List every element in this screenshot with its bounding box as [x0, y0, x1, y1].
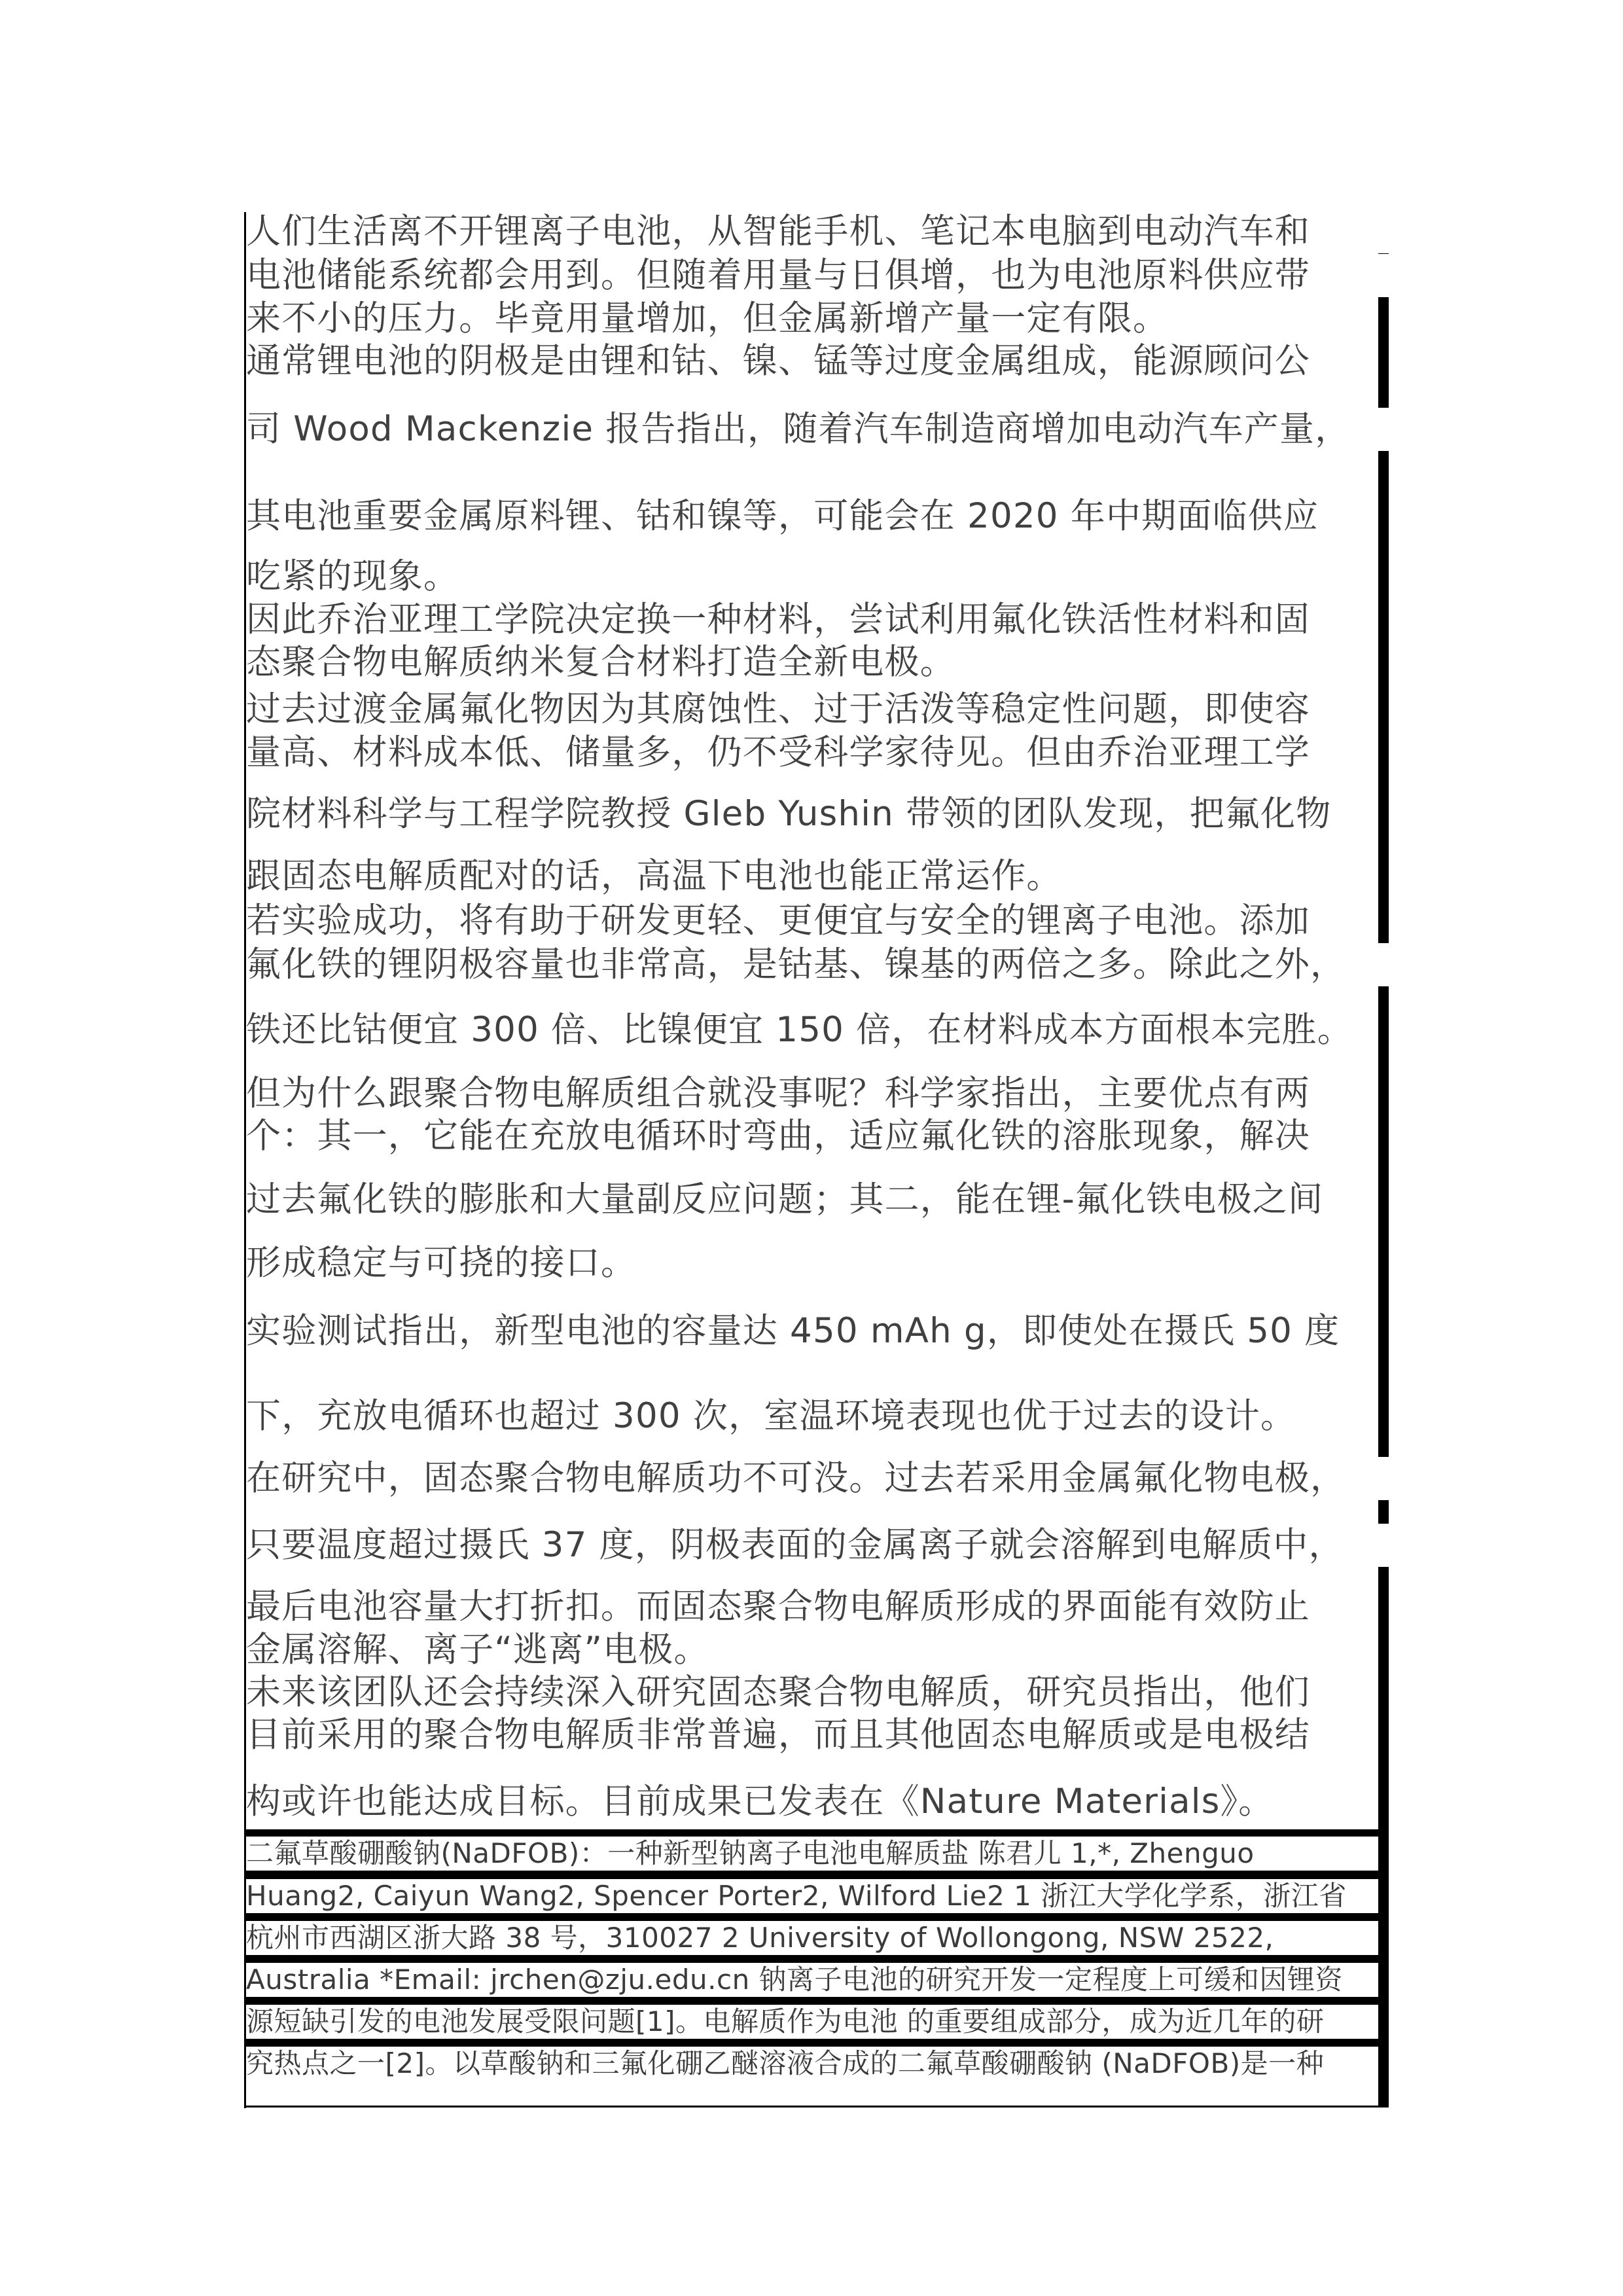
article-line: 过去氟化铁的膨胀和大量副反应问题；其二，能在锂-氟化铁电极之间: [246, 1178, 1323, 1221]
article-line: 未来该团队还会持续深入研究固态聚合物电解质，研究员指出，他们: [246, 1671, 1310, 1714]
paper-line: 杭州市西湖区浙大路 38 号，310027 2 University of Wo…: [246, 1921, 1378, 1955]
paper-line: Australia *Email: jrchen@zju.edu.cn 钠离子电…: [246, 1963, 1378, 1997]
paper-line: 二氟草酸硼酸钠(NaDFOB)：一种新型钠离子电池电解质盐 陈君儿 1,*, Z…: [246, 1837, 1378, 1871]
paper-line: 究热点之一[2]。以草酸钠和三氟化硼乙醚溶液合成的二氟草酸硼酸钠 (NaDFOB…: [246, 2047, 1378, 2106]
article-line: 铁还比钴便宜 300 倍、比镍便宜 150 倍，在材料成本方面根本完胜。: [246, 1009, 1353, 1052]
article-line: 若实验成功，将有助于研发更轻、更便宜与安全的锂离子电池。添加: [246, 899, 1310, 942]
article-line: 因此乔治亚理工学院决定换一种材料，尝试利用氟化铁活性材料和固: [246, 598, 1310, 641]
article-line: 来不小的压力。毕竟用量增加，但金属新增产量一定有限。: [246, 297, 1168, 340]
article-line: 目前采用的聚合物电解质非常普遍，而且其他固态电解质或是电极结: [246, 1713, 1310, 1757]
article-line: 下，充放电循环也超过 300 次，室温环境表现也优于过去的设计。: [246, 1395, 1296, 1438]
article-line: 司 Wood Mackenzie 报告指出，随着汽车制造商增加电动汽车产量，: [246, 408, 1399, 451]
article-line: 量高、材料成本低、储量多，仍不受科学家待见。但由乔治亚理工学: [246, 731, 1310, 774]
article-line: 其电池重要金属原料锂、钴和镍等，可能会在 2020 年中期面临供应: [246, 495, 1319, 538]
article-line: 在研究中，固态聚合物电解质功不可没。过去若采用金属氟化物电极，: [246, 1457, 1399, 1500]
article-line: 院材料科学与工程学院教授 Gleb Yushin 带领的团队发现，把氟化物: [246, 793, 1331, 836]
bottom-rule: [246, 2106, 1378, 2108]
article-line: 态聚合物电解质纳米复合材料打造全新电极。: [246, 641, 955, 684]
article-line: 氟化铁的锂阴极容量也非常高，是钴基、镍基的两倍之多。除此之外，: [246, 943, 1399, 986]
article-line: 过去过渡金属氟化物因为其腐蚀性、过于活泼等稳定性问题，即使容: [246, 688, 1310, 731]
article-line: 吃紧的现象。: [246, 555, 459, 598]
article-line: 最后电池容量大打折扣。而固态聚合物电解质形成的界面能有效防止: [246, 1585, 1310, 1628]
article-line: 只要温度超过摄氏 37 度，阴极表面的金属离子就会溶解到电解质中，: [246, 1524, 1395, 1567]
right-redaction-bar: [1378, 212, 1389, 2108]
article-line: 个：其一，它能在充放电循环时弯曲，适应氟化铁的溶胀现象，解决: [246, 1115, 1310, 1158]
article-line: 通常锂电池的阴极是由锂和钴、镍、锰等过度金属组成，能源顾问公: [246, 340, 1310, 383]
article-line: 但为什么跟聚合物电解质组合就没事呢？科学家指出，主要优点有两: [246, 1072, 1310, 1115]
article-line: 形成稳定与可挠的接口。: [246, 1242, 636, 1285]
article-line: 人们生活离不开锂离子电池，从智能手机、笔记本电脑到电动汽车和: [246, 210, 1390, 253]
paper-line: 源短缺引发的电池发展受限问题[1]。电解质作为电池 的重要组成部分，成为近几年的…: [246, 2005, 1378, 2039]
article-line: 构或许也能达成目标。目前成果已发表在《Nature Materials》。: [246, 1780, 1274, 1823]
document-page: 人们生活离不开锂离子电池，从智能手机、笔记本电脑到电动汽车和 电池储能系统都会用…: [0, 0, 1623, 2296]
paper-line: Huang2, Caiyun Wang2, Spencer Porter2, W…: [246, 1879, 1378, 1913]
article-line: 金属溶解、离子“逃离”电极。: [246, 1628, 709, 1672]
article-line: 电池储能系统都会用到。但随着用量与日俱增，也为电池原料供应带: [246, 254, 1390, 297]
article-line: 实验测试指出，新型电池的容量达 450 mAh g，即使处在摄氏 50 度: [246, 1310, 1340, 1353]
article-line: 跟固态电解质配对的话，高温下电池也能正常运作。: [246, 855, 1062, 898]
